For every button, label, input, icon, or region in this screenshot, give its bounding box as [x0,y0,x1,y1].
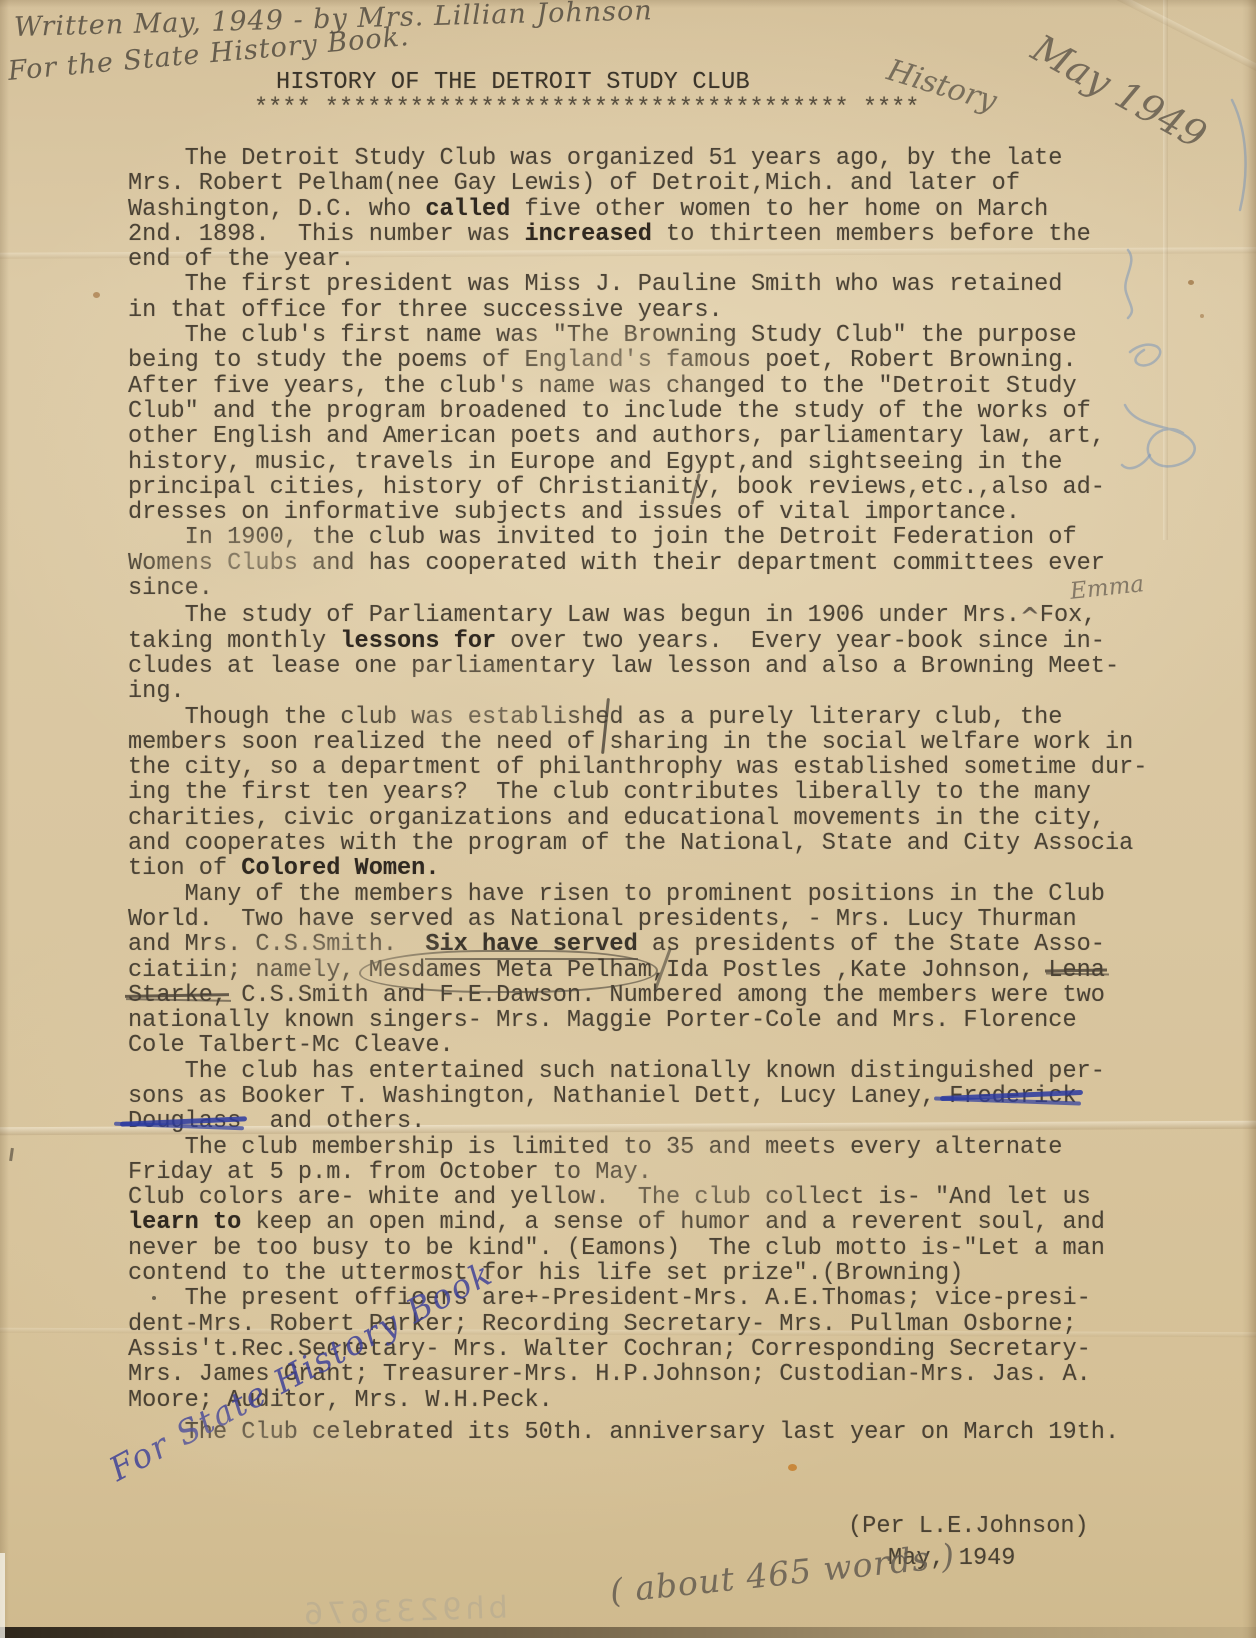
typed-line: and Mrs. C.S.Smith. Six have served as p… [128,932,1147,957]
title-asterisk-rule: **** ***********************************… [254,96,919,121]
typed-line: The first president was Miss J. Pauline … [128,272,1147,297]
typed-segment: Many of the members have risen to promin… [128,881,1105,908]
typed-line: Starke, C.S.Smith and F.E.Dawson. Number… [128,983,1147,1008]
typed-line: Cole Talbert-Mc Cleave. [128,1033,1147,1058]
typed-line: being to study the poems of England's fa… [128,348,1147,373]
typed-segment-caret: ^ [1020,604,1040,629]
typed-segment: ing. [128,678,185,705]
typed-segment: Assis't.Rec.Secretary- Mrs. Walter Cochr… [128,1336,1091,1363]
bleed-through-number: bh9233676 [299,1590,508,1632]
typed-line: dent-Mrs. Robert Parker; Recording Secre… [128,1312,1147,1337]
typed-segment: The club has entertained such nationally… [128,1058,1105,1085]
typed-segment: The study of Parliamentary Law was begun… [128,602,1020,629]
typed-segment: Though the club was established as a pur… [128,704,1062,731]
typed-line: Douglass and others. [128,1109,1147,1134]
typed-line: history, music, travels in Europe and Eg… [128,450,1147,475]
typed-line: Many of the members have risen to promin… [128,882,1147,907]
typed-segment: sons as Booker T. Washington, Nathaniel … [128,1083,949,1110]
paper-stain [93,292,100,298]
handwritten-word-count: ( about 465 words ) [608,1536,957,1611]
typed-line: and cooperates with the program of the N… [128,831,1147,856]
typed-line: Friday at 5 p.m. from October to May. [128,1160,1147,1185]
document-body: The Detroit Study Club was organized 51 … [128,146,1147,1445]
typed-segment: history, music, travels in Europe and Eg… [128,449,1062,476]
typed-line: ing the first ten years? The club contri… [128,780,1147,805]
typed-segment-dark: increased [524,221,651,248]
typed-segment: and cooperates with the program of the N… [128,830,1133,857]
typed-line: The club membership is limited to 35 and… [128,1135,1147,1160]
typed-segment: The present officers are+-President-Mrs.… [128,1285,1091,1312]
typed-segment: The Club celebrated its 50th. anniversar… [128,1419,1119,1446]
typed-segment: taking monthly [128,628,340,655]
paper-crease [1163,0,1168,540]
typed-line: Club" and the program broadened to inclu… [128,399,1147,424]
typed-line: taking monthly lessons for over two year… [128,629,1147,654]
typed-line: Though the club was established as a pur… [128,705,1147,730]
document-page: Written May, 1949 - by Mrs. Lillian John… [0,0,1256,1638]
typed-line: Washington, D.C. who called five other w… [128,197,1147,222]
scan-background-sliver [0,1553,5,1638]
typed-segment: being to study the poems of England's fa… [128,347,1077,374]
typed-segment: and others. [241,1108,425,1135]
typed-segment: in that office for three successive year… [128,297,723,324]
stray-ink-mark [9,1148,14,1161]
typed-segment-dark: called [425,196,510,223]
typed-line: ciatiin; namely, Mesdames Meta Pelham,Id… [128,958,1147,983]
paper-stain [1200,314,1204,318]
typed-segment: C.S.Smith and F.E.Dawson. Numbered among… [227,982,1105,1009]
paper-edge-shadow [0,1627,1256,1638]
typed-line: dresses on informative subjects and issu… [128,500,1147,525]
typed-line: Club colors are- white and yellow. The c… [128,1185,1147,1210]
signature-per-line: (Per L.E.Johnson) [848,1514,1089,1539]
typed-line: end of the year. [128,247,1147,272]
typed-segment: charities, civic organizations and educa… [128,805,1105,832]
typed-line: learn to keep an open mind, a sense of h… [128,1210,1147,1235]
typed-segment: Fox, [1040,602,1097,629]
typed-segment: Cole Talbert-Mc Cleave. [128,1032,454,1059]
typed-segment: over two years. Every year-book since in… [496,628,1105,655]
typed-segment-strike-pencil: Lena [1048,957,1105,984]
handwritten-note-date: May 1949 [1025,26,1214,157]
typed-line: cludes at lease one parliamentary law le… [128,654,1147,679]
typed-line: World. Two have served as National presi… [128,907,1147,932]
typed-line: ing. [128,679,1147,704]
typed-line: principal cities, history of Christianit… [128,475,1147,500]
typed-segment-strike-blue: Frederick [949,1083,1076,1110]
typed-segment: Club colors are- white and yellow. The c… [128,1184,1091,1211]
typed-segment: In 1900, the club was invited to join th… [128,524,1077,551]
typed-line: The Detroit Study Club was organized 51 … [128,146,1147,171]
typed-line: charities, civic organizations and educa… [128,806,1147,831]
typed-segment: Friday at 5 p.m. from October to May. [128,1159,652,1186]
typed-segment: since. [128,575,213,602]
typed-segment: The Detroit Study Club was organized 51 … [128,145,1062,172]
typed-segment-dark: Colored Women. [241,855,439,882]
typed-segment: Washington, D.C. who [128,196,425,223]
typed-line: other English and American poets and aut… [128,424,1147,449]
document-title: HISTORY OF THE DETROIT STUDY CLUB [276,70,750,95]
typed-line: Womens Clubs and has cooperated with the… [128,551,1147,576]
typed-segment: The first president was Miss J. Pauline … [128,271,1062,298]
typed-line: the city, so a department of philanthrop… [128,755,1147,780]
typed-line: never be too busy to be kind". (Eamons) … [128,1236,1147,1261]
typed-line: contend to the uttermost for his life se… [128,1261,1147,1286]
typed-line: The study of Parliamentary Law was begun… [128,601,1147,628]
typed-segment: Womens Clubs and has cooperated with the… [128,550,1105,577]
typed-segment: World. Two have served as National presi… [128,906,1077,933]
typed-segment: The club's first name was "The Browning … [128,322,1077,349]
paper-edge [0,0,9,1638]
typed-line: After five years, the club's name was ch… [128,374,1147,399]
typed-segment: as presidents of the State Asso- [638,931,1105,958]
typed-segment: other English and American poets and aut… [128,423,1105,450]
typed-line: since. [128,576,1147,601]
typed-line: In 1900, the club was invited to join th… [128,525,1147,550]
typed-line: sons as Booker T. Washington, Nathaniel … [128,1084,1147,1109]
typed-line: Mrs. Robert Pelham(nee Gay Lewis) of Det… [128,171,1147,196]
typed-segment: to thirteen members before the [652,221,1091,248]
typed-line: members soon realized the need of sharin… [128,730,1147,755]
typed-segment: ,Ida Postles ,Kate Johnson, [652,957,1048,984]
typed-segment: keep an open mind, a sense of humor and … [241,1209,1105,1236]
typed-segment-dark: lessons for [340,628,496,655]
typed-segment: members soon realized the need of sharin… [128,729,1133,756]
typed-segment: and Mrs. C.S.Smith. [128,931,425,958]
typed-segment: tion of [128,855,241,882]
typed-line: The club has entertained such nationally… [128,1059,1147,1084]
typed-segment: The club membership is limited to 35 and… [128,1134,1062,1161]
typed-segment: ing the first ten years? The club contri… [128,779,1091,806]
typed-segment: principal cities, history of Christianit… [128,474,1105,501]
typed-segment: nationally known singers- Mrs. Maggie Po… [128,1007,1077,1034]
paper-edge [1242,0,1256,1638]
typed-segment: ciatiin; namely, [128,957,369,984]
typed-segment: Club" and the program broadened to inclu… [128,398,1091,425]
typed-segment-strike-pencil: Starke, [128,982,227,1009]
typed-segment: dresses on informative subjects and issu… [128,499,1020,526]
typed-segment-dark: learn to [128,1209,241,1236]
typed-segment: Mrs. Robert Pelham(nee Gay Lewis) of Det… [128,170,1020,197]
typed-segment: After five years, the club's name was ch… [128,373,1077,400]
typed-segment-strike-blue: Douglass [128,1108,241,1135]
typed-segment-circle: Mesdames Meta Pelham [369,957,652,984]
typed-segment: cludes at lease one parliamentary law le… [128,653,1119,680]
typed-segment: contend to the uttermost for his life se… [128,1260,963,1287]
paper-stain [1188,280,1194,285]
typed-line: The club's first name was "The Browning … [128,323,1147,348]
paper-stain [788,1464,797,1471]
typed-line: The Club celebrated its 50th. anniversar… [128,1420,1147,1445]
typed-line: tion of Colored Women. [128,856,1147,881]
typed-line: nationally known singers- Mrs. Maggie Po… [128,1008,1147,1033]
typed-segment: the city, so a department of philanthrop… [128,754,1147,781]
typed-line: in that office for three successive year… [128,298,1147,323]
typed-segment: 2nd. 1898. This number was [128,221,524,248]
typed-line: The present officers are+-President-Mrs.… [128,1286,1147,1311]
typed-segment: never be too busy to be kind". (Eamons) … [128,1235,1105,1262]
typed-segment: end of the year. [128,246,355,273]
typed-line: 2nd. 1898. This number was increased to … [128,222,1147,247]
typed-segment: five other women to her home on March [510,196,1048,223]
typed-segment: dent-Mrs. Robert Parker; Recording Secre… [128,1311,1077,1338]
